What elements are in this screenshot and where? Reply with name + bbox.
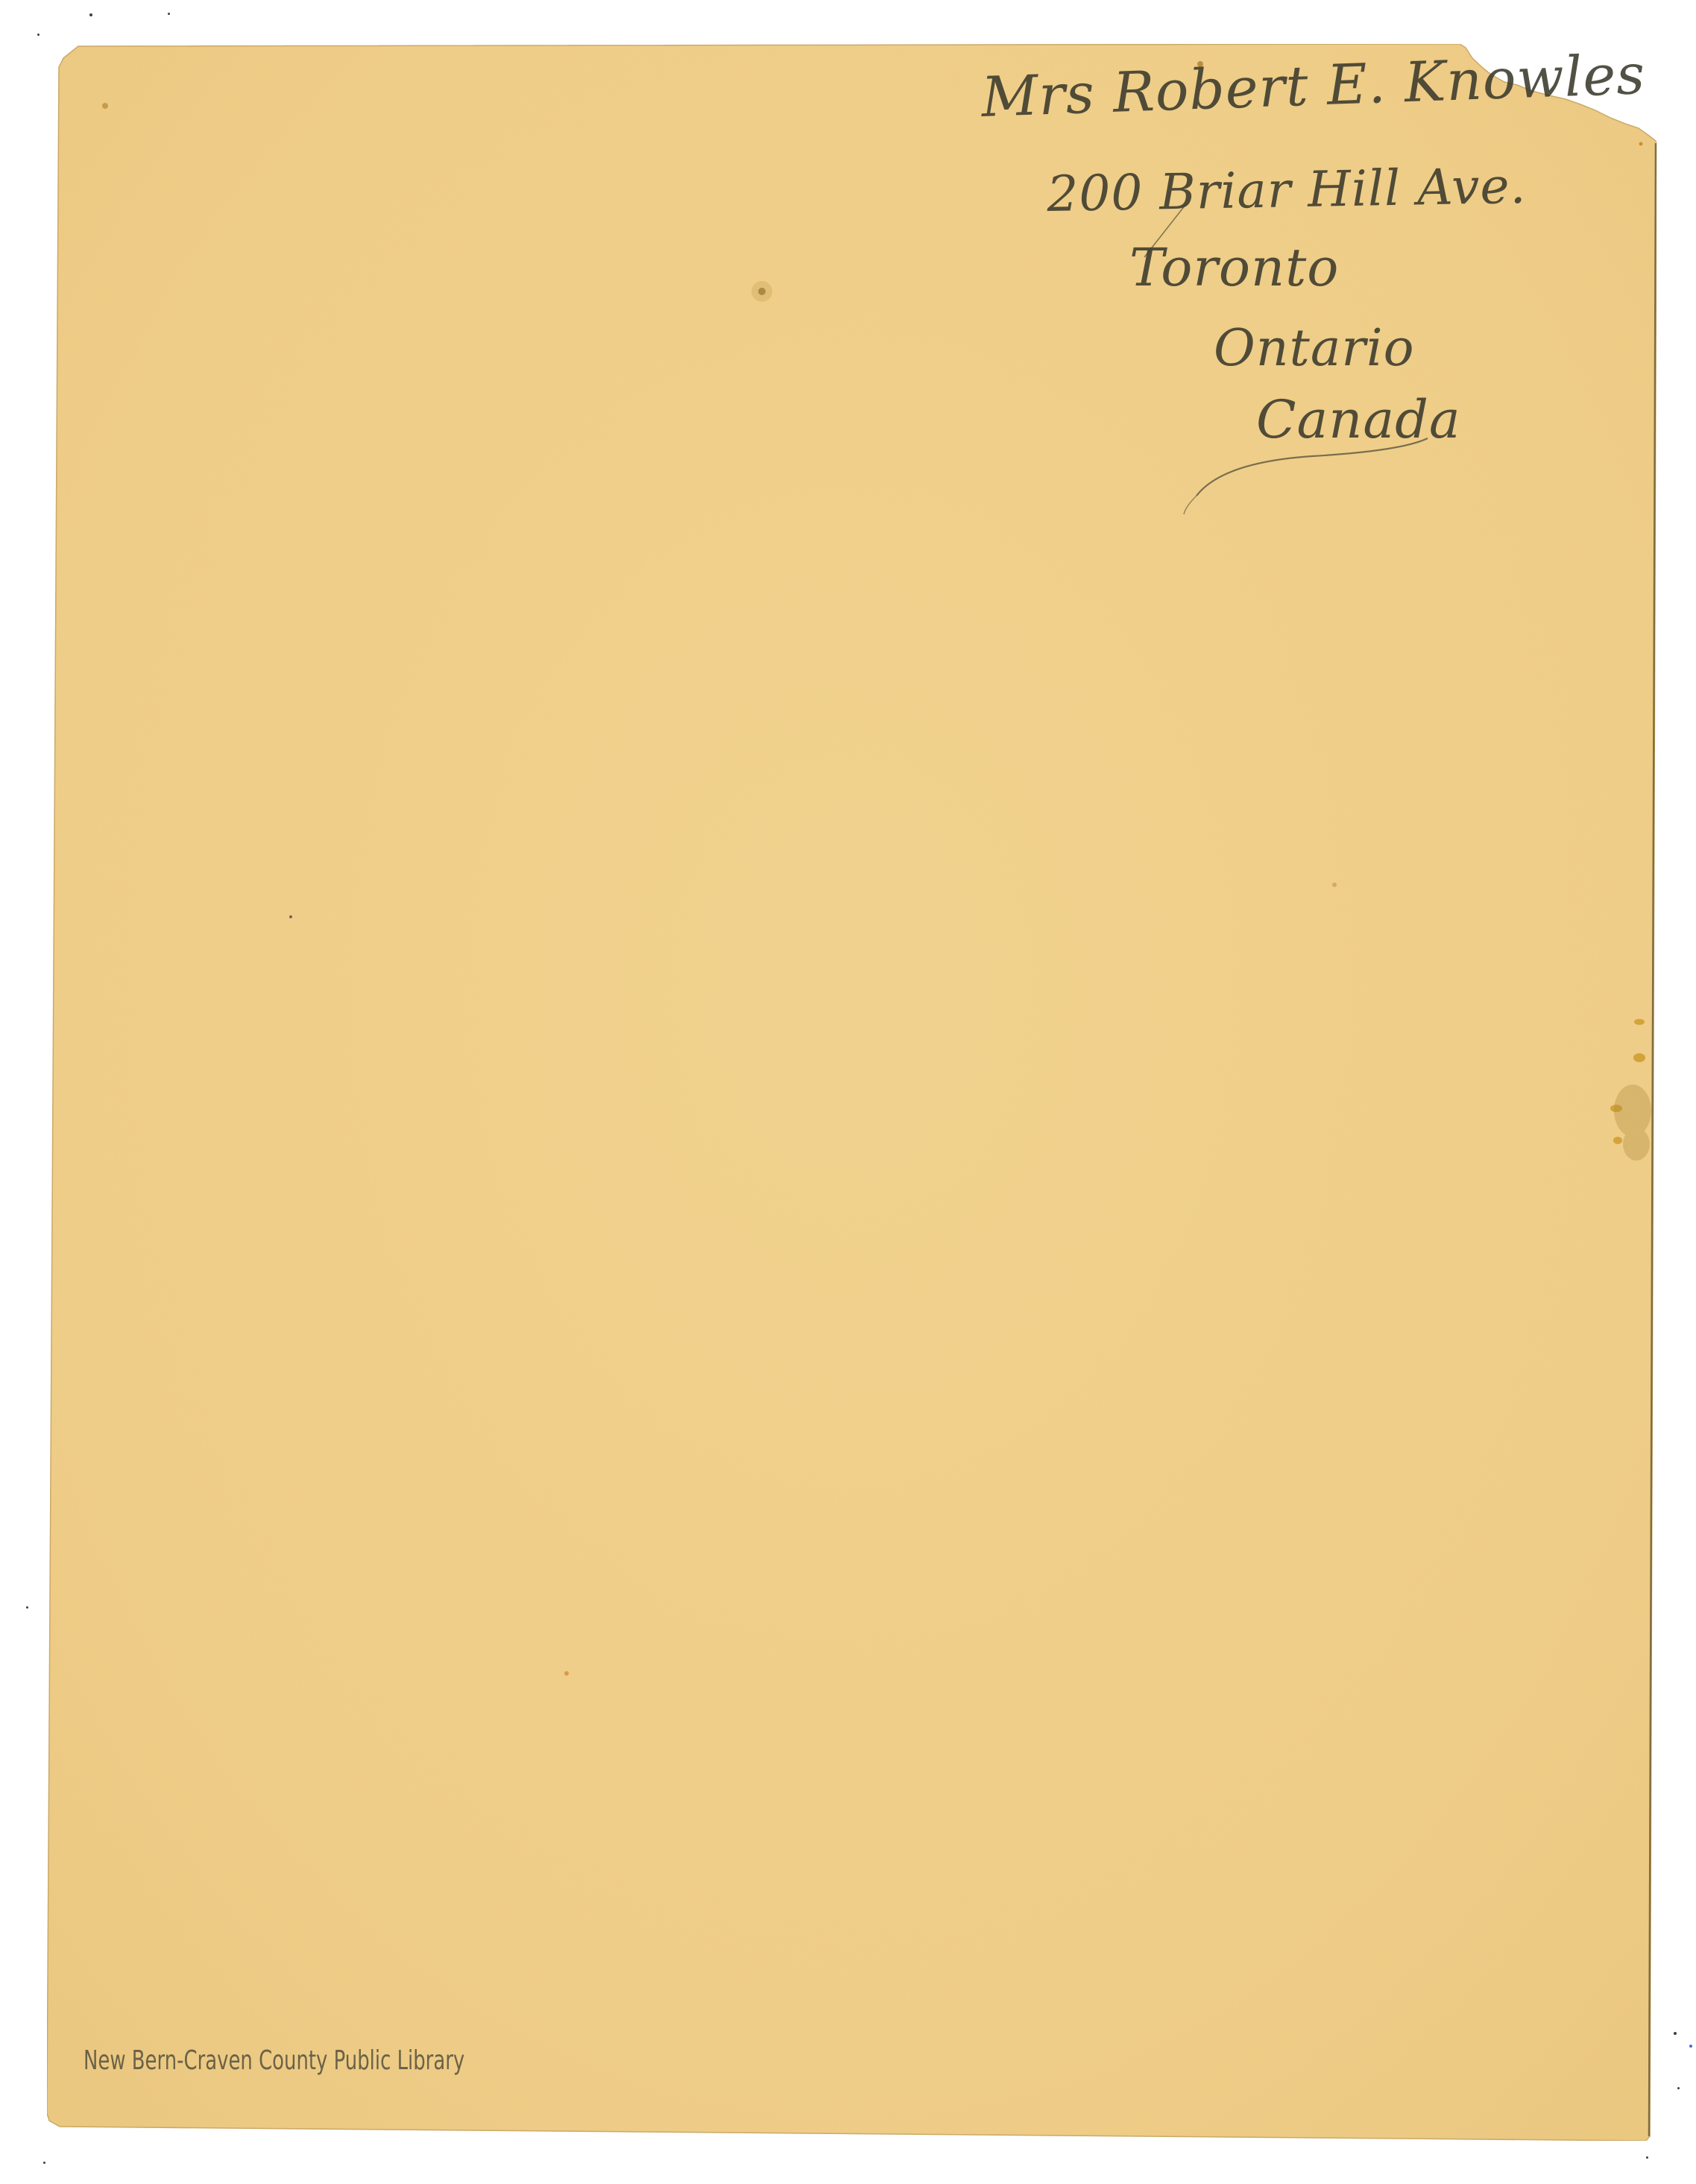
scan-background: Mrs Robert E. Knowles 200 Briar Hill Ave… [0,0,1696,2184]
dust-speck [1646,2156,1648,2159]
paper-shape [0,0,1696,2184]
library-watermark: New Bern-Craven County Public Library [83,2045,464,2076]
dust-speck [89,13,92,16]
dust-speck [1677,2087,1680,2089]
dust-speck [1674,2032,1677,2035]
dust-speck [1689,2045,1692,2048]
paper-sheet [0,0,1696,2184]
dust-speck [43,2162,45,2164]
dust-speck [37,34,40,36]
dust-speck [26,1606,28,1609]
dust-speck [168,13,170,15]
